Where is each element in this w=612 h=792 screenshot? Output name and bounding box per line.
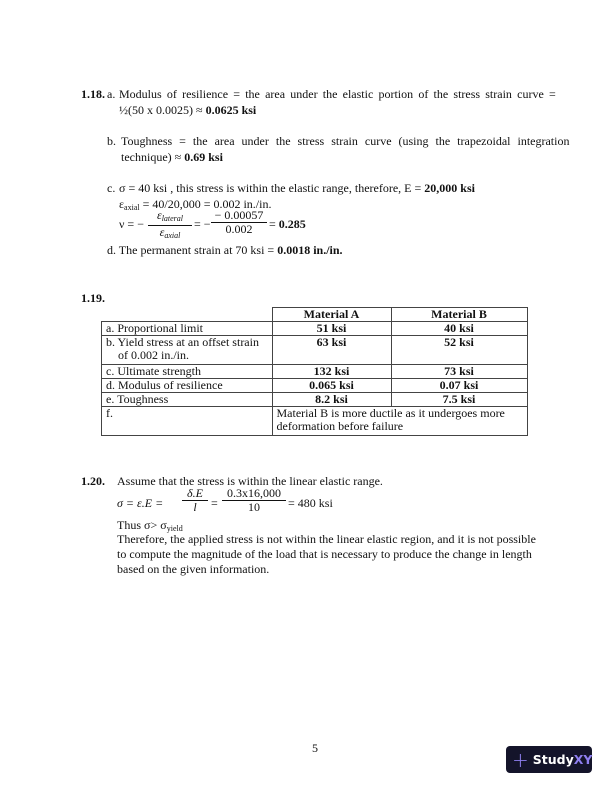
property-name: f. — [102, 407, 273, 436]
poisson-ratio-answer: 0.285 — [279, 217, 306, 231]
problem-number-1-18: 1.18. — [81, 87, 105, 101]
stress-result: = 480 ksi — [288, 496, 333, 510]
strain-ratio-fraction: εlateral εaxial — [148, 209, 192, 242]
part-a-line2: ½(50 x 0.0025) ≈ 0.0625 ksi — [119, 103, 256, 117]
part-c-line1: σ = 40 ksi , this stress is within the e… — [119, 181, 475, 195]
numerator-value: 0.3x16,000 — [222, 487, 286, 501]
part-d-label: d. — [107, 243, 116, 257]
strain-fraction: δ.E l — [182, 487, 208, 514]
header-material-b: Material B — [391, 308, 527, 322]
part-c-statement: σ = 40 ksi , this stress is within the e… — [119, 181, 424, 195]
material-a-value: 8.2 ksi — [272, 393, 391, 407]
ductility-comparison: Material B is more ductile as it undergo… — [272, 407, 527, 436]
stress-equation-lhs: σ = ε.E = — [117, 496, 163, 510]
axial-subscript: axial — [124, 203, 140, 212]
studyxy-badge[interactable]: + StudyXY — [506, 746, 592, 773]
part-b-line2: technique) ≈ 0.69 ksi — [121, 150, 223, 164]
table-row: c. Ultimate strength 132 ksi 73 ksi — [102, 365, 528, 379]
material-a-value: 51 ksi — [272, 322, 391, 336]
plus-icon: + — [512, 750, 529, 770]
axial-strain: εaxial — [148, 226, 192, 242]
table-header-empty — [102, 308, 273, 322]
header-material-a: Material A — [272, 308, 391, 322]
part-b-expression: technique) ≈ — [121, 150, 184, 164]
part-a-label: a. — [107, 87, 115, 101]
table-header-row: Material A Material B — [102, 308, 528, 322]
part-c-modulus-answer: 20,000 ksi — [424, 181, 475, 195]
brand-wordmark: StudyXY — [533, 752, 593, 767]
page-number: 5 — [312, 741, 318, 755]
part-c-label: c. — [107, 181, 115, 195]
material-a-value: 0.065 ksi — [272, 379, 391, 393]
numeric-ratio-fraction: − 0.00057 0.002 — [211, 209, 267, 236]
table-row: b. Yield stress at an offset strainof 0.… — [102, 336, 528, 365]
numeric-stress-fraction: 0.3x16,000 10 — [222, 487, 286, 514]
table-row: e. Toughness 8.2 ksi 7.5 ksi — [102, 393, 528, 407]
material-a-value: 63 ksi — [272, 336, 391, 365]
part-b-line1: Toughness = the area under the stress st… — [121, 134, 569, 148]
lateral-strain-value: − 0.00057 — [211, 209, 267, 223]
equals-sign: = — [211, 496, 218, 510]
part-b-label: b. — [107, 134, 116, 148]
material-b-value: 73 ksi — [391, 365, 527, 379]
poisson-result: = 0.285 — [269, 217, 306, 231]
conclusion-paragraph: Therefore, the applied stress is not wit… — [117, 532, 537, 577]
problem-number-1-20: 1.20. — [81, 474, 105, 488]
material-b-value: 7.5 ksi — [391, 393, 527, 407]
part-d-statement: The permanent strain at 70 ksi = — [119, 243, 277, 257]
property-name: d. Modulus of resilience — [102, 379, 273, 393]
material-b-value: 0.07 ksi — [391, 379, 527, 393]
material-b-value: 52 ksi — [391, 336, 527, 365]
problem-number-1-19: 1.19. — [81, 291, 105, 305]
poisson-lhs: ν = − — [119, 217, 144, 231]
denominator-value: 10 — [222, 501, 286, 514]
property-name: a. Proportional limit — [102, 322, 273, 336]
part-a-line1: Modulus of resilience = the area under t… — [119, 87, 556, 101]
table-row: d. Modulus of resilience 0.065 ksi 0.07 … — [102, 379, 528, 393]
equals-minus: = − — [194, 217, 211, 231]
length-l: l — [182, 501, 208, 514]
delta-e: δ.E — [182, 487, 208, 501]
lateral-strain: εlateral — [148, 209, 192, 226]
material-properties-table: Material A Material B a. Proportional li… — [101, 307, 528, 436]
axial-strain-value: 0.002 — [211, 223, 267, 236]
material-a-value: 132 ksi — [272, 365, 391, 379]
part-a-answer: 0.0625 ksi — [206, 103, 257, 117]
part-a-expression: ½(50 x 0.0025) ≈ — [119, 103, 206, 117]
part-b-answer: 0.69 ksi — [184, 150, 223, 164]
part-d-answer: 0.0018 in./in. — [277, 243, 342, 257]
table-row: a. Proportional limit 51 ksi 40 ksi — [102, 322, 528, 336]
property-name: b. Yield stress at an offset strainof 0.… — [102, 336, 273, 365]
material-b-value: 40 ksi — [391, 322, 527, 336]
table-row: f. Material B is more ductile as it unde… — [102, 407, 528, 436]
property-name: c. Ultimate strength — [102, 365, 273, 379]
part-d-line: d. The permanent strain at 70 ksi = 0.00… — [107, 243, 343, 257]
property-name: e. Toughness — [102, 393, 273, 407]
